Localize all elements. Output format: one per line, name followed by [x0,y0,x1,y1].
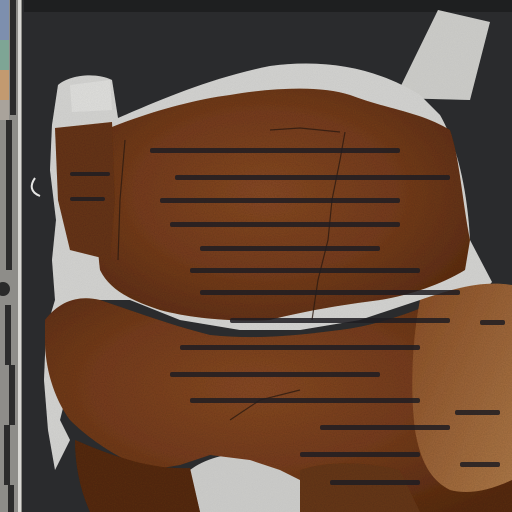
fragment-illustration [0,0,512,512]
tape-strip [395,10,490,100]
tissue-tab [70,80,112,112]
manuscript-photograph [0,0,512,512]
thread-fiber [32,178,40,196]
parchment-right-light [412,284,512,492]
parchment-upper [98,89,470,321]
